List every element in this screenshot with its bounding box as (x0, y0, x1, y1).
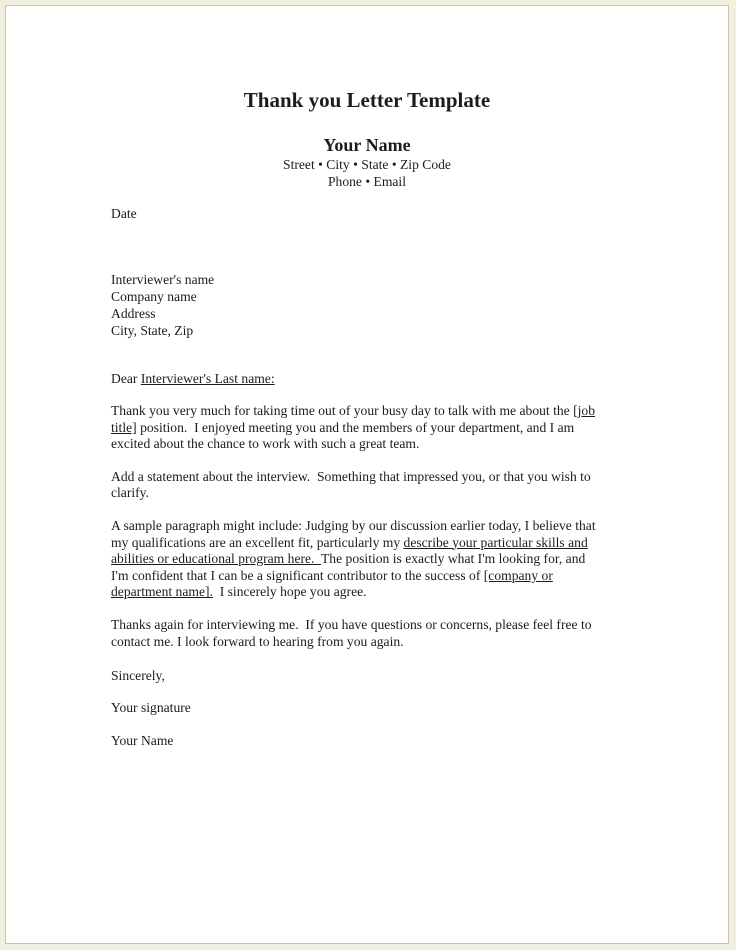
sender-name: Your Name (6, 135, 728, 156)
letter-page: Thank you Letter Template Your Name Stre… (0, 0, 736, 950)
letter-body: Date Interviewer's name Company name Add… (111, 205, 671, 749)
greeting-line: Dear Interviewer's Last name: (111, 370, 671, 387)
recipient-address-block: Interviewer's name Company name Address … (111, 271, 671, 339)
sender-contact: Phone • Email (6, 173, 728, 190)
body-paragraph-1: Thank you very much for taking time out … (111, 403, 671, 453)
signer-name: Your Name (111, 732, 671, 749)
letter-title: Thank you Letter Template (6, 88, 728, 113)
letter-head: Thank you Letter Template Your Name Stre… (6, 88, 728, 190)
letter-content: Thank you Letter Template Your Name Stre… (6, 6, 728, 749)
date-line: Date (111, 205, 671, 222)
signature-line: Your signature (111, 699, 671, 716)
letter-sheet: Thank you Letter Template Your Name Stre… (5, 5, 729, 944)
sender-address: Street • City • State • Zip Code (6, 156, 728, 173)
body-paragraph-4: Thanks again for interviewing me. If you… (111, 617, 671, 650)
body-paragraph-3: A sample paragraph might include: Judgin… (111, 518, 671, 601)
body-paragraph-2: Add a statement about the interview. Som… (111, 469, 671, 502)
closing-line: Sincerely, (111, 667, 671, 684)
